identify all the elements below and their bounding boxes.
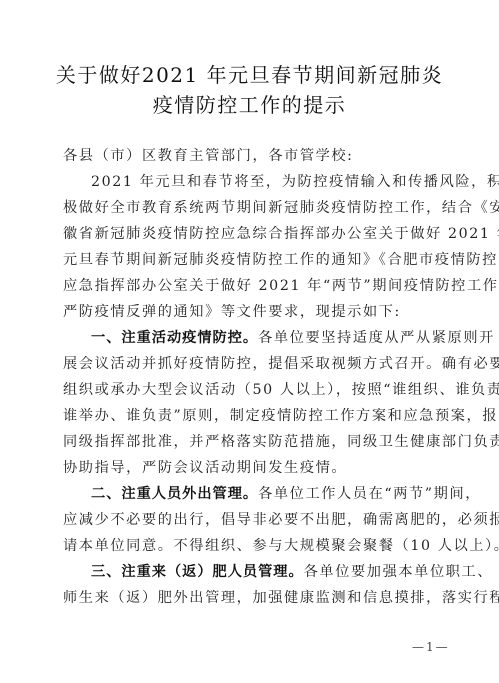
section-3-first-line: 三、注重来（返）肥人员管理。各单位要加强本单位职工、 <box>91 562 461 582</box>
section-2-text: 各单位工作人员在“两节”期间， <box>258 486 481 502</box>
section-1-first-line: 一、注重活动疫情防控。各单位要坚持适度从严从紧原则开 <box>91 328 461 348</box>
section-3-text: 各单位要加强本单位职工、 <box>304 564 493 580</box>
section-1-line: 同级指挥部批准，并严格落实防范措施，同级卫生健康部门负责 <box>63 432 461 452</box>
section-1-line: 展会议活动并抓好疫情防控，提倡采取视频方式召开。确有必要 <box>63 354 461 374</box>
document-title-line-2: 疫情防控工作的提示 <box>0 91 499 119</box>
intro-line: 2021 年元旦和春节将至，为防控疫情输入和传播风险，积 <box>91 172 461 192</box>
intro-line: 严防疫情反弹的通知》等文件要求，现提示如下: <box>63 302 461 322</box>
section-2-line: 应减少不必要的出行，倡导非必要不出肥，确需离肥的，必须报 <box>63 510 461 530</box>
document-page: 关于做好2021 年元旦春节期间新冠肺炎 疫情防控工作的提示 各县（市）区教育主… <box>0 0 499 683</box>
section-3-heading: 三、注重来（返）肥人员管理。 <box>91 564 304 580</box>
page-number: —1— <box>412 640 450 654</box>
salutation: 各县（市）区教育主管部门，各市管学校: <box>63 146 461 166</box>
document-title-line-1: 关于做好2021 年元旦春节期间新冠肺炎 <box>0 61 499 89</box>
section-1-line: 组织或承办大型会议活动（50 人以上），按照“谁组织、谁负责， <box>63 380 461 400</box>
intro-line: 应急指挥部办公室关于做好 2021 年“两节”期间疫情防控工作 <box>63 276 461 296</box>
intro-line: 徽省新冠肺炎疫情防控应急综合指挥部办公室关于做好 2021 年 <box>63 224 461 244</box>
section-1-line: 协助指导，严防会议活动期间发生疫情。 <box>63 458 461 478</box>
section-2-line: 请本单位同意。不得组织、参与大规模聚会聚餐（10 人以上）。 <box>63 536 461 556</box>
section-3-line: 师生来（返）肥外出管理，加强健康监测和信息摸排，落实行程 <box>63 588 461 608</box>
intro-line: 元旦春节期间新冠肺炎疫情防控工作的通知》《合肥市疫情防控 <box>63 250 461 270</box>
section-1-text: 各单位要坚持适度从严从紧原则开 <box>258 330 495 346</box>
section-2-heading: 二、注重人员外出管理。 <box>91 486 258 502</box>
section-2-first-line: 二、注重人员外出管理。各单位工作人员在“两节”期间， <box>91 484 461 504</box>
section-1-heading: 一、注重活动疫情防控。 <box>91 330 258 346</box>
section-1-line: 谁举办、谁负责”原则，制定疫情防控工作方案和应急预案，报 <box>63 406 461 426</box>
intro-line: 极做好全市教育系统两节期间新冠肺炎疫情防控工作，结合《安 <box>63 198 461 218</box>
